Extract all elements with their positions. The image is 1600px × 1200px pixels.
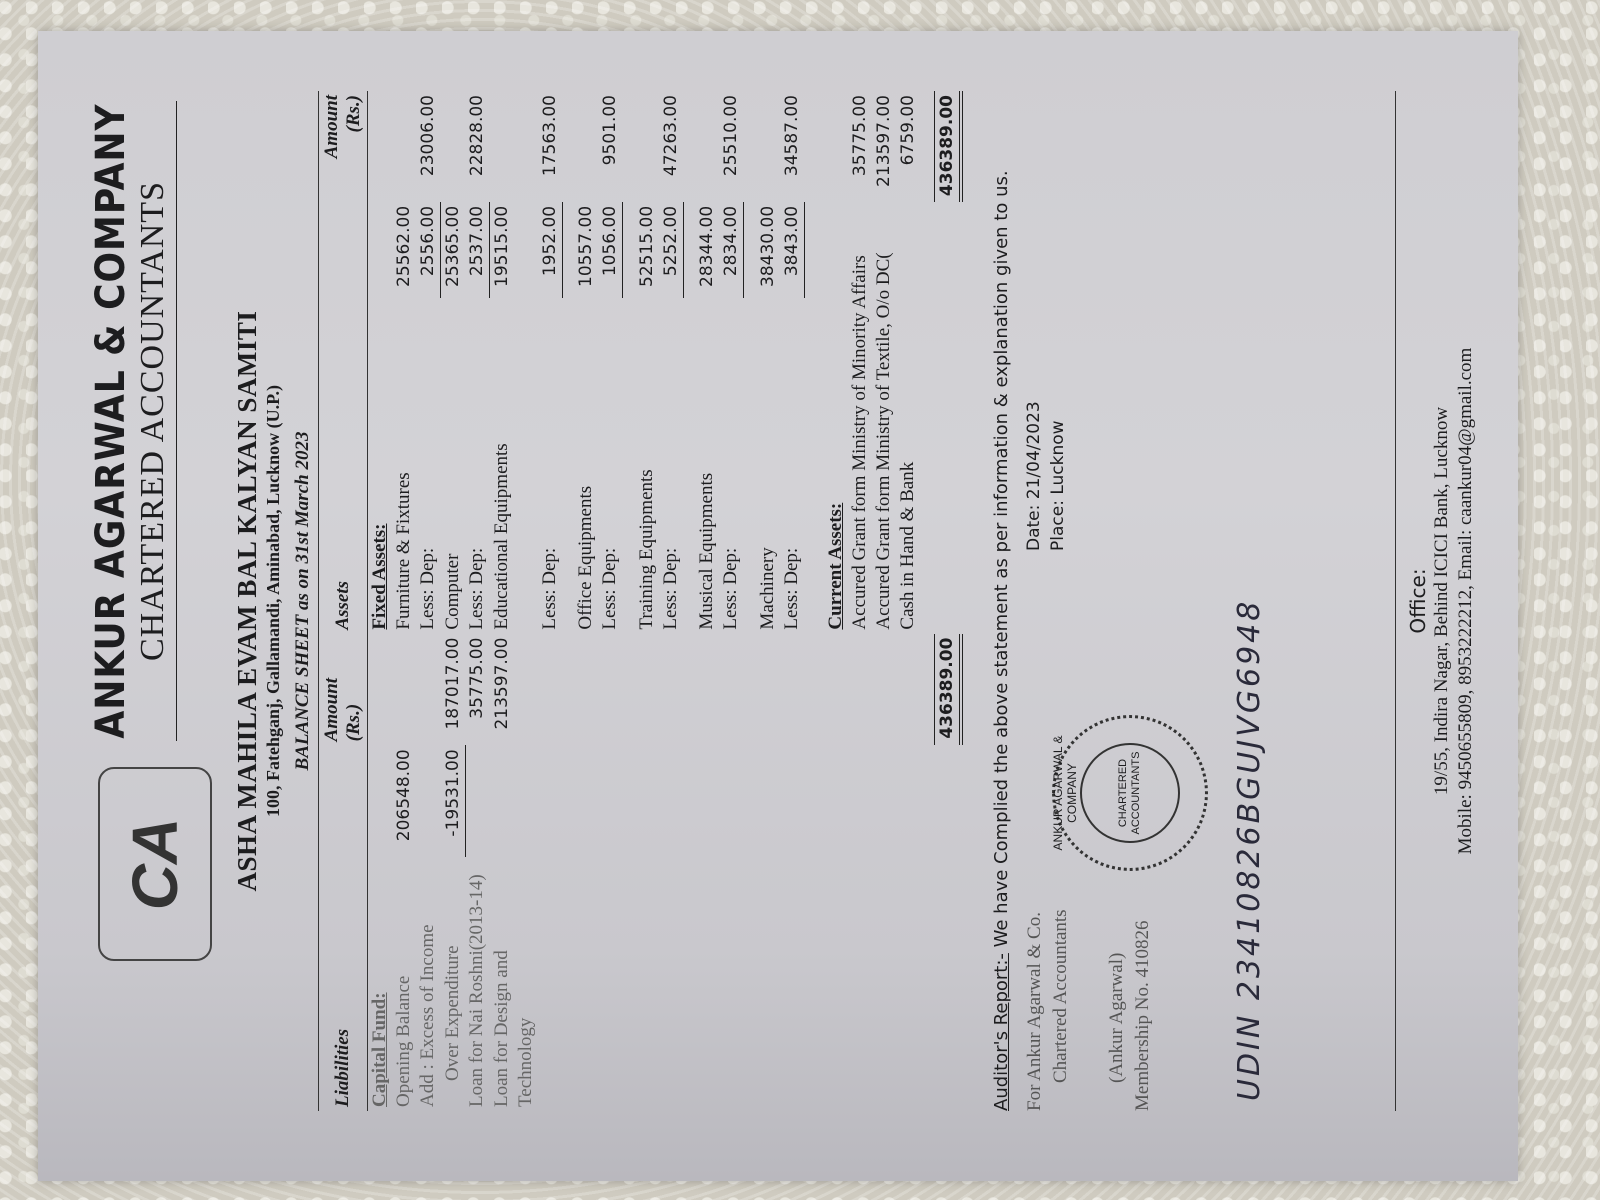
asset-gross: 52515.00 [635, 202, 659, 299]
asset-net: 22828.00 [465, 91, 490, 202]
report-text: We have Complied the above statement as … [991, 170, 1012, 953]
org-name: ASHA MAHILA EVAM BAL KALYAN SAMITI [232, 91, 263, 1111]
office-contact: Mobile: 9450655809, 8953222212, Email: c… [1454, 91, 1478, 1111]
stamp-ring-text: ANKUR AGARWAL & COMPANY [1051, 718, 1079, 868]
opening-balance-label: Opening Balance [392, 857, 416, 1111]
asset-label: Educational Equipments [490, 298, 538, 633]
header-liabilities: Liabilities [319, 857, 368, 1111]
less-dep-label: Less: Dep: [598, 298, 623, 633]
office-label: Office: [1406, 91, 1430, 1111]
asset-net: 47263.00 [659, 91, 684, 202]
asset-label: Machinery [756, 298, 780, 633]
asset-gross: 28344.00 [695, 202, 719, 299]
less-dep-label: Less: Dep: [465, 298, 490, 633]
asset-gross: 19515.00 [490, 202, 538, 299]
company-stamp-icon: ANKUR AGARWAL & COMPANY CHARTERED ACCOUN… [1052, 715, 1208, 871]
loan-2-label: Loan for Design and Technology [490, 857, 538, 1111]
for-firm-line: For Ankur Agarwal & Co. [1022, 909, 1048, 1111]
asset-dep: 2834.00 [719, 202, 744, 299]
less-dep-label: Less: Dep: [780, 298, 805, 633]
asset-gross: 25562.00 [392, 202, 416, 299]
auditors-report: Auditor's Report:- We have Complied the … [991, 91, 1012, 1111]
report-label: Auditor's Report:- [991, 953, 1012, 1111]
balance-sheet-table: Liabilities Amount (Rs.) Assets Amount (… [318, 91, 963, 1111]
current-asset-label: Cash in Hand & Bank [896, 202, 920, 634]
fixed-assets-heading: Fixed Assets: [368, 298, 393, 633]
balance-sheet-paper: CA ANKUR AGARWAL & COMPANY CHARTERED ACC… [38, 31, 1518, 1181]
office-address: 19/55, Indira Nagar, Behind ICICI Bank, … [1430, 91, 1454, 1111]
report-date: Date: 21/04/2023 [1022, 401, 1046, 551]
less-dep-label: Less: Dep: [416, 298, 441, 633]
asset-net: 25510.00 [719, 91, 744, 202]
opening-balance-value: 206548.00 [392, 745, 416, 857]
current-asset-label: Accured Grant form Ministry of Minority … [848, 202, 872, 634]
capital-total: 187017.00 [441, 634, 466, 746]
loan-1-value: 35775.00 [465, 634, 490, 746]
letterhead: CA ANKUR AGARWAL & COMPANY CHARTERED ACC… [78, 91, 228, 1111]
role-line: Chartered Accountants [1048, 909, 1074, 1111]
asset-label: Training Equipments [635, 298, 659, 633]
header-assets: Assets [319, 298, 368, 633]
membership-number: Membership No. 410826 [1130, 909, 1156, 1111]
auditor-name: (Ankur Agarwal) [1104, 909, 1130, 1111]
less-dep-label: Less: Dep: [659, 298, 684, 633]
asset-gross: 10557.00 [574, 202, 598, 299]
asset-dep: 2537.00 [465, 202, 490, 299]
asset-dep: 2556.00 [416, 202, 441, 299]
asset-label: Furniture & Fixtures [392, 298, 416, 633]
asset-dep: 5252.00 [659, 202, 684, 299]
loan-2-value: 213597.00 [490, 634, 538, 746]
asset-gross: 25365.00 [441, 202, 466, 299]
asset-dep: 1952.00 [538, 202, 563, 299]
asset-net: 34587.00 [780, 91, 805, 202]
current-asset-value: 213597.00 [872, 91, 896, 202]
loan-1-label: Loan for Nai Roshni(2013-14) [465, 857, 490, 1111]
organization-block: ASHA MAHILA EVAM BAL KALYAN SAMITI 100, … [232, 91, 314, 1111]
less-dep-label: Less: Dep: [538, 298, 563, 633]
asset-dep: 3843.00 [780, 202, 805, 299]
asset-gross: 38430.00 [756, 202, 780, 299]
handwritten-udin: UDIN 23410826BGUJVG6948 [1232, 91, 1267, 1111]
header-amount-2: Amount (Rs.) [319, 91, 368, 202]
asset-label: Computer [441, 298, 466, 633]
sheet-title: BALANCE SHEET as on 31st March 2023 [292, 91, 314, 1111]
less-dep-label: Less: Dep: [719, 298, 744, 633]
excess-value: -19531.00 [441, 745, 466, 857]
asset-label: Musical Equipments [695, 298, 719, 633]
excess-label: Add : Excess of Income [416, 857, 441, 1111]
current-assets-heading: Current Assets: [824, 298, 848, 633]
current-asset-value: 6759.00 [896, 91, 920, 202]
stamp-inner-text: CHARTERED ACCOUNTANTS [1080, 743, 1180, 843]
current-asset-value: 35775.00 [848, 91, 872, 202]
ca-logo-icon: CA [98, 767, 212, 961]
excess-label-2: Over Expenditure [441, 857, 466, 1111]
firm-subtitle: CHARTERED ACCOUNTANTS [134, 101, 177, 741]
liabilities-total: 436389.00 [935, 634, 962, 746]
current-asset-label: Accured Grant form Ministry of Textile, … [872, 202, 896, 634]
asset-label: Office Equipments [574, 298, 598, 633]
report-place: Place: Lucknow [1046, 401, 1070, 551]
org-address: 100, Fatehganj, Gallamandi, Aminabad, Lu… [263, 91, 284, 1111]
asset-net: 23006.00 [416, 91, 441, 202]
office-footer: Office: 19/55, Indira Nagar, Behind ICIC… [1395, 91, 1478, 1111]
asset-net: 17563.00 [538, 91, 563, 202]
assets-total: 436389.00 [935, 91, 962, 202]
firm-name: ANKUR AGARWAL & COMPANY [88, 101, 134, 741]
asset-dep: 1056.00 [598, 202, 623, 299]
capital-fund-heading: Capital Fund: [368, 857, 393, 1111]
signature-block: For Ankur Agarwal & Co. Chartered Accoun… [1022, 91, 1212, 1111]
asset-net: 9501.00 [598, 91, 623, 202]
header-amount-1: Amount (Rs.) [319, 634, 368, 746]
